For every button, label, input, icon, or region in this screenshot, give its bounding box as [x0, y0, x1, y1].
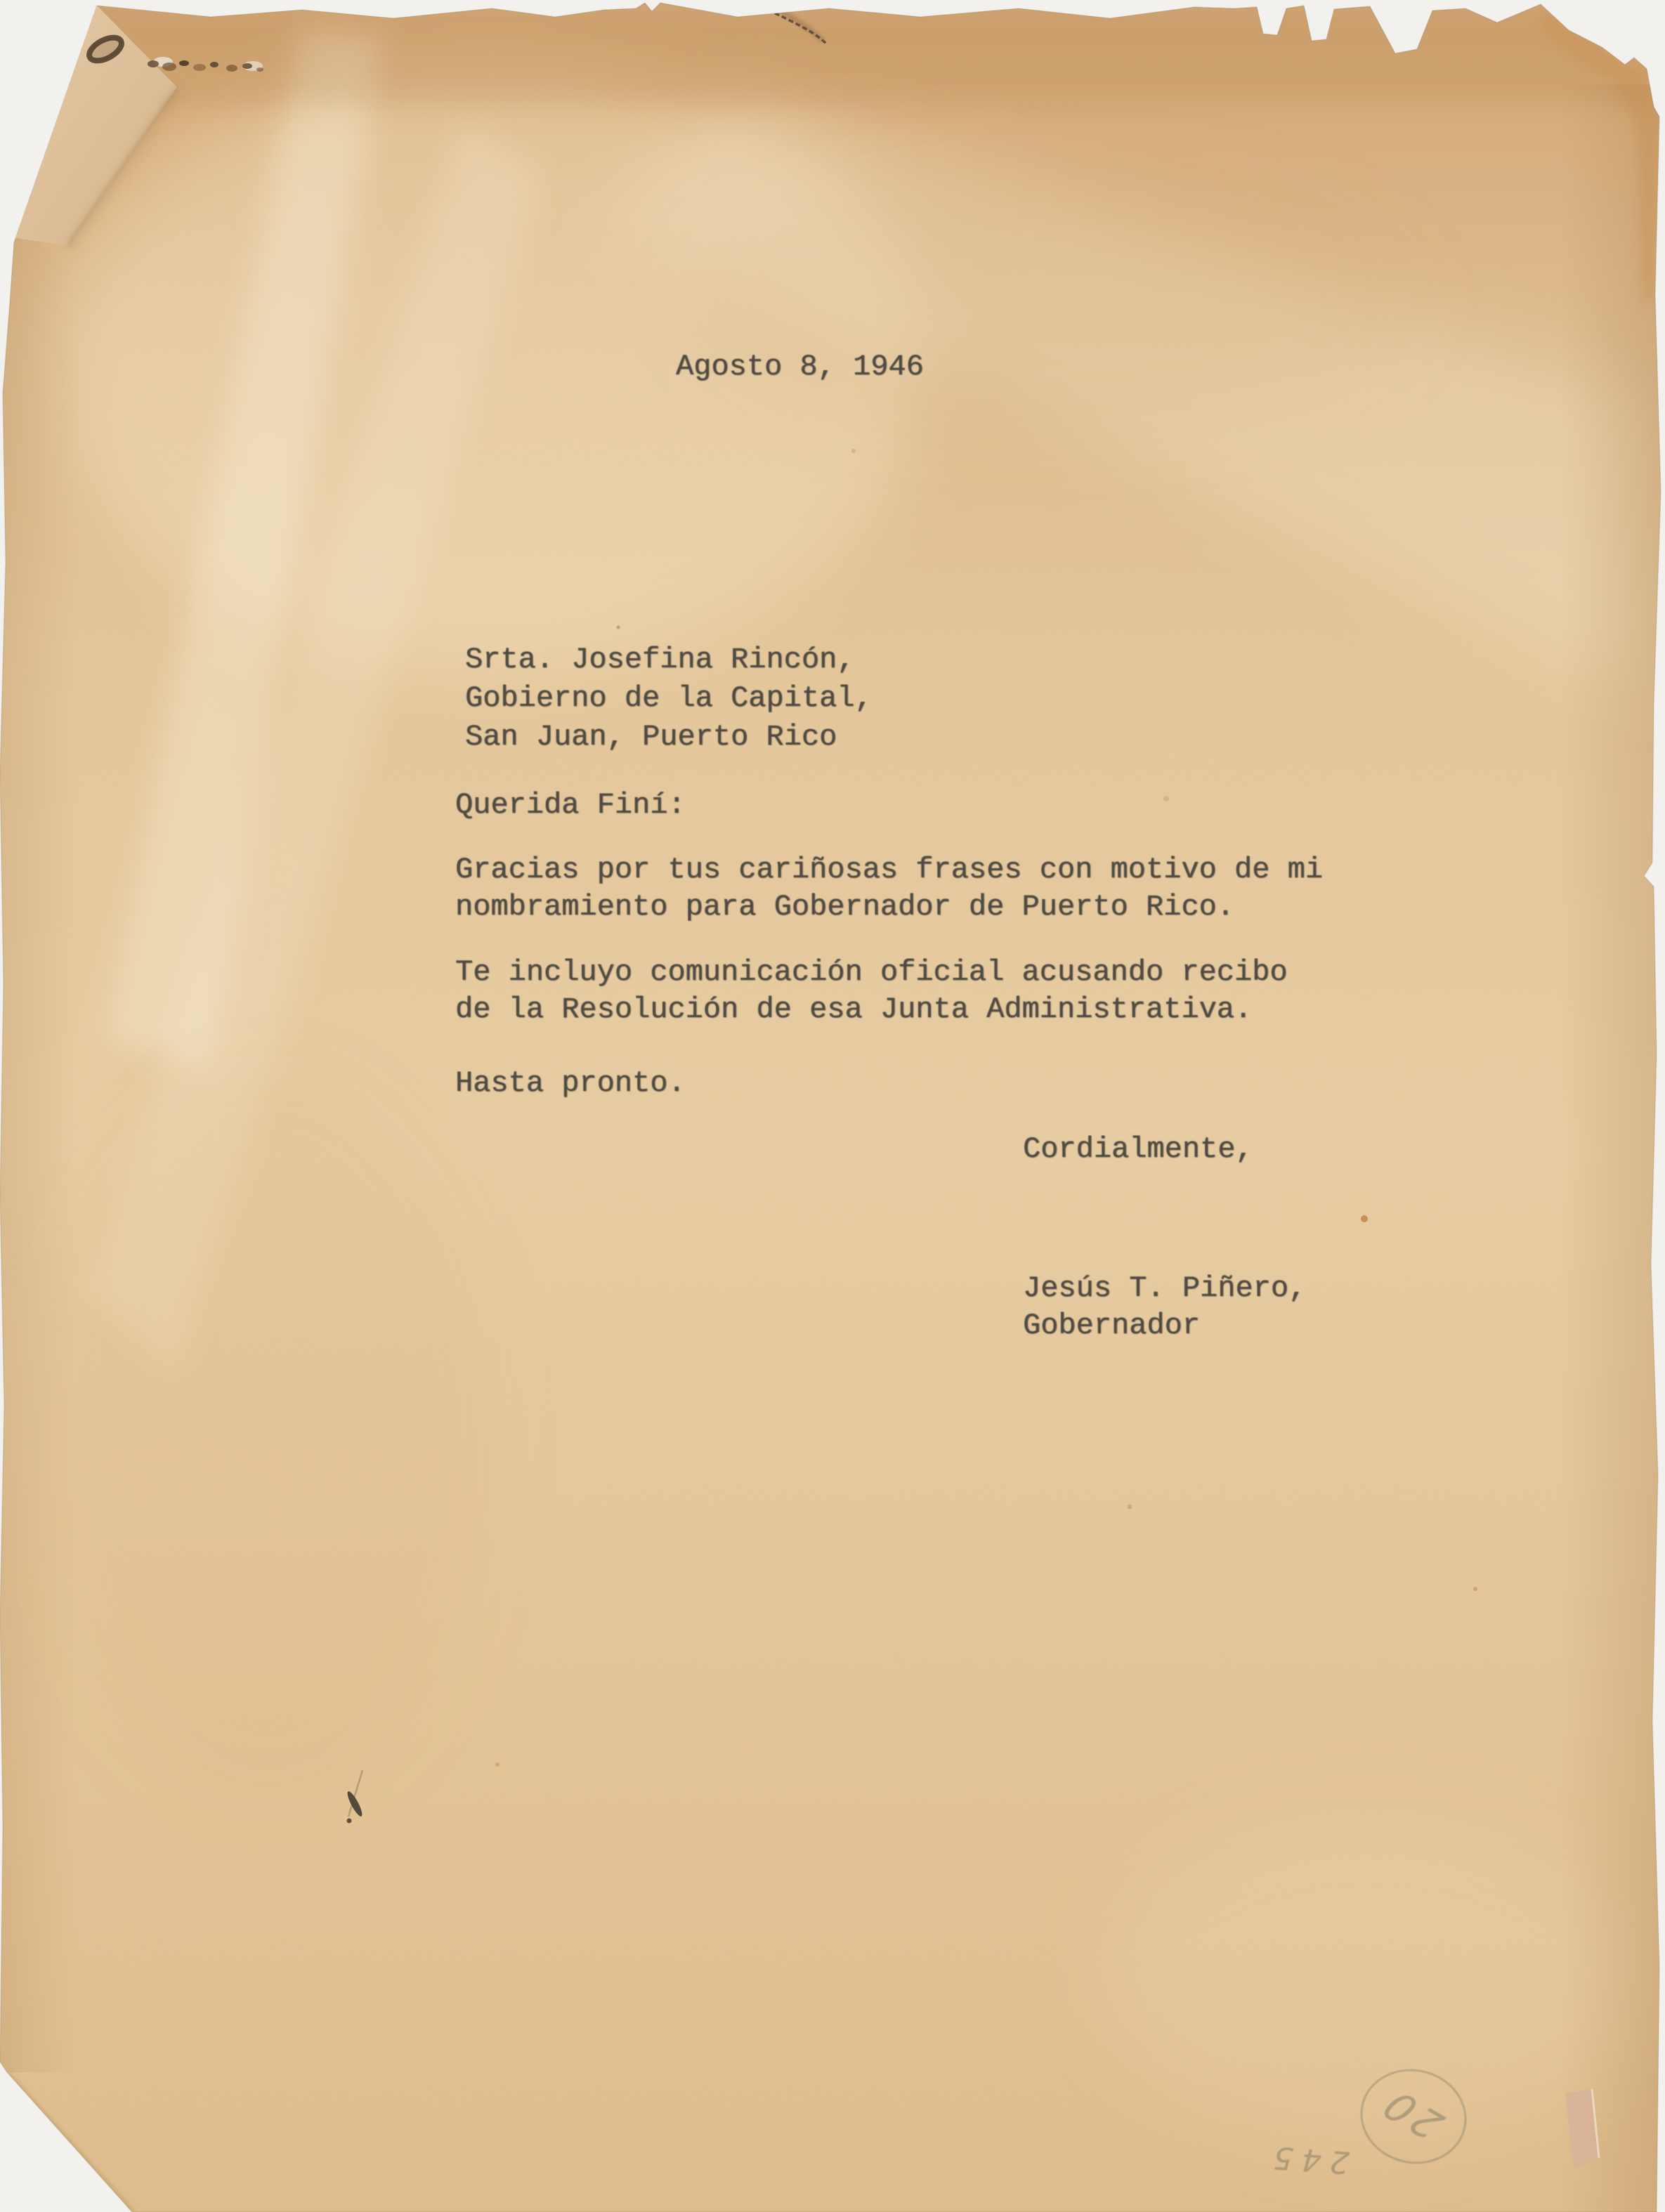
scanned-letter-page: Agosto 8, 1946 Srta. Josefina Rincón, Go… — [0, 0, 1665, 2212]
paper-grain-texture — [0, 0, 1665, 2212]
pencil-circled-number-text: 20 — [1371, 2080, 1453, 2148]
paper-sheet — [0, 0, 1665, 2212]
pencil-page-number: 245 — [1229, 2116, 1352, 2180]
